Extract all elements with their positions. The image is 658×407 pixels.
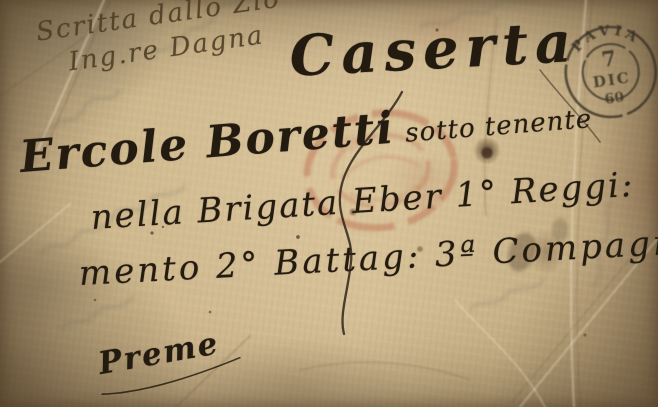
postmark-year: 60 [604,89,626,108]
postmark-month: DIC [592,68,632,91]
envelope-photo: PAVIA 7 DIC 60 Scritta dallo Zio Ing.re … [0,0,658,407]
postmark-day: 7 [600,45,618,72]
